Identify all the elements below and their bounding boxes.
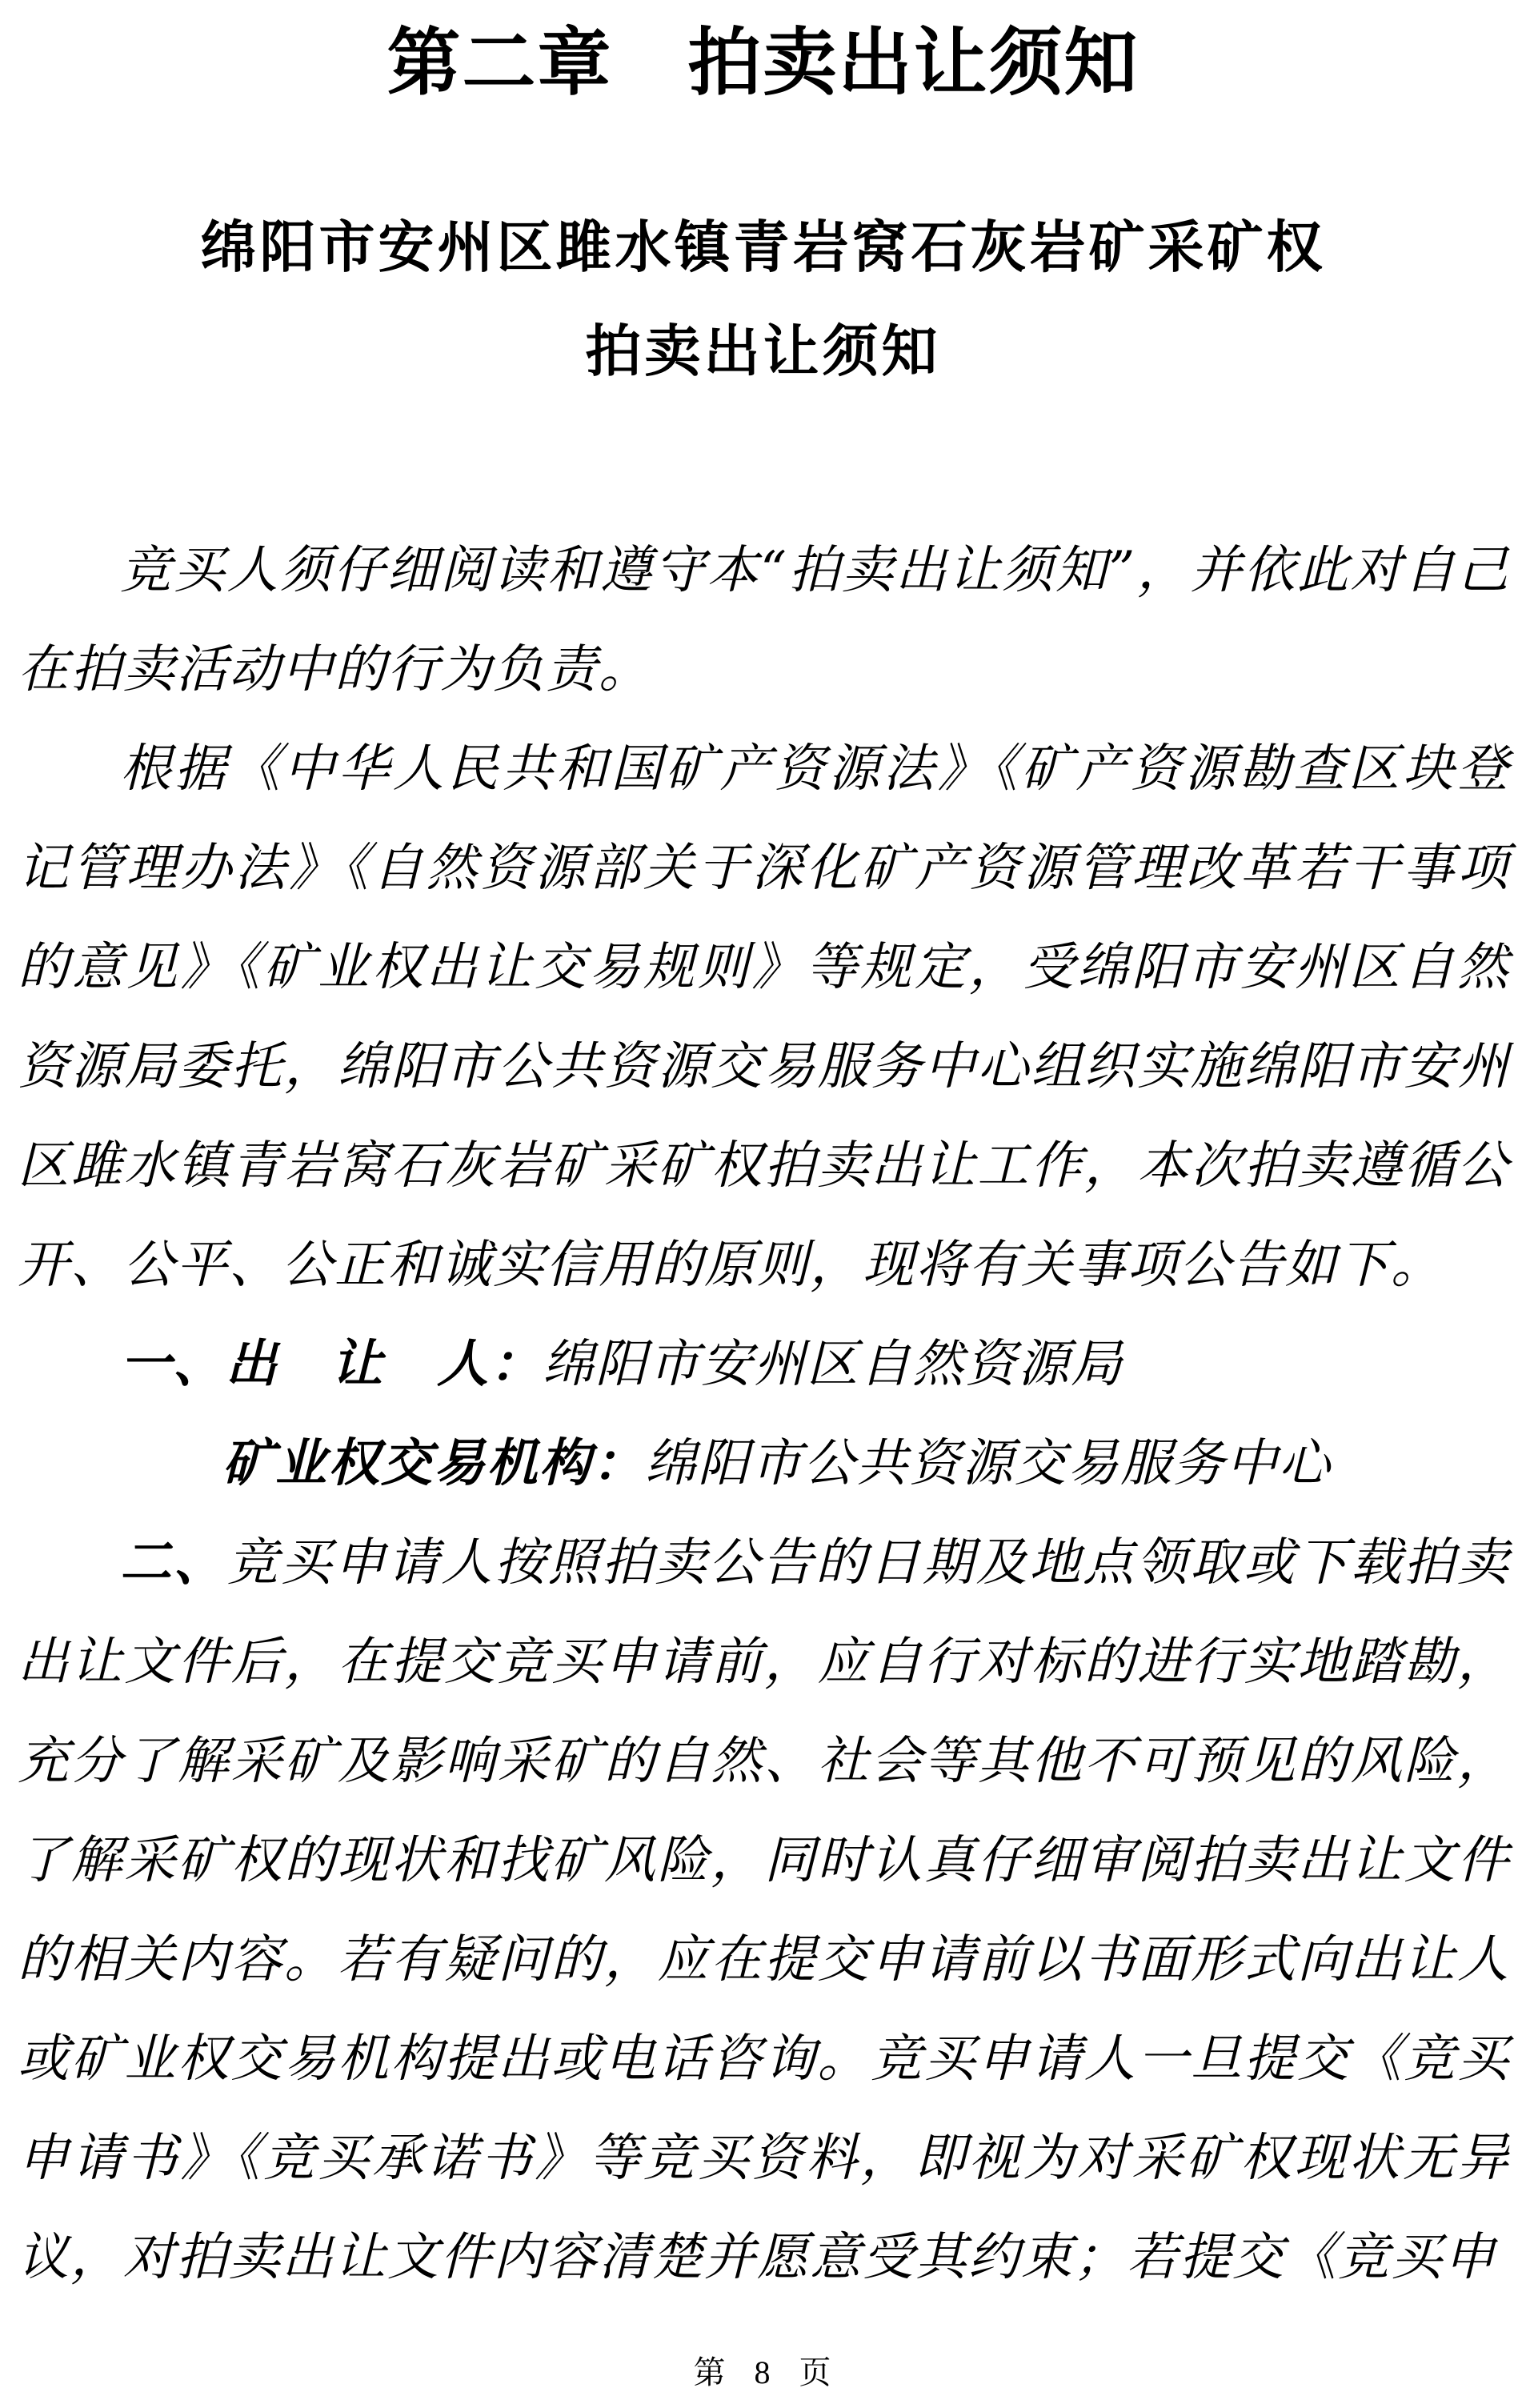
chapter-title: 第二章 拍卖出让须知	[0, 0, 1526, 105]
trading-agency-value: 绵阳市公共资源交易服务中心	[645, 1434, 1332, 1493]
paragraph-intro: 竞买人须仔细阅读和遵守本“拍卖出让须知”，并依此对自己在拍卖活动中的行为负责。	[18, 521, 1510, 719]
page-number: 第 8 页	[0, 2354, 1526, 2391]
trading-agency-label: 矿业权交易机构：	[222, 1433, 645, 1493]
transferor-label: 一、出 让 人：	[120, 1334, 543, 1394]
document-body: 竞买人须仔细阅读和遵守本“拍卖出让须知”，并依此对自己在拍卖活动中的行为负责。 …	[18, 521, 1510, 2307]
document-page: 第二章 拍卖出让须知 绵阳市安州区雎水镇青岩窝石灰岩矿采矿权 拍卖出让须知 竞买…	[0, 0, 1526, 2408]
paragraph-section-2: 二、竞买申请人按照拍卖公告的日期及地点领取或下载拍卖出让文件后，在提交竞买申请前…	[18, 1513, 1510, 2307]
section-2-marker: 二、	[120, 1533, 227, 1593]
paragraph-legal-basis: 根据《中华人民共和国矿产资源法》《矿产资源勘查区块登记管理办法》《自然资源部关于…	[18, 719, 1510, 1315]
line-trading-agency: 矿业权交易机构：绵阳市公共资源交易服务中心	[18, 1414, 1510, 1513]
section-2-text: 竞买申请人按照拍卖公告的日期及地点领取或下载拍卖出让文件后，在提交竞买申请前，应…	[18, 1533, 1510, 2287]
transferor-value: 绵阳市安州区自然资源局	[543, 1335, 1123, 1394]
line-transferor: 一、出 让 人：绵阳市安州区自然资源局	[18, 1315, 1510, 1414]
document-subtitle-line1: 绵阳市安州区雎水镇青岩窝石灰岩矿采矿权	[0, 218, 1526, 276]
document-subtitle-line2: 拍卖出让须知	[0, 323, 1526, 380]
